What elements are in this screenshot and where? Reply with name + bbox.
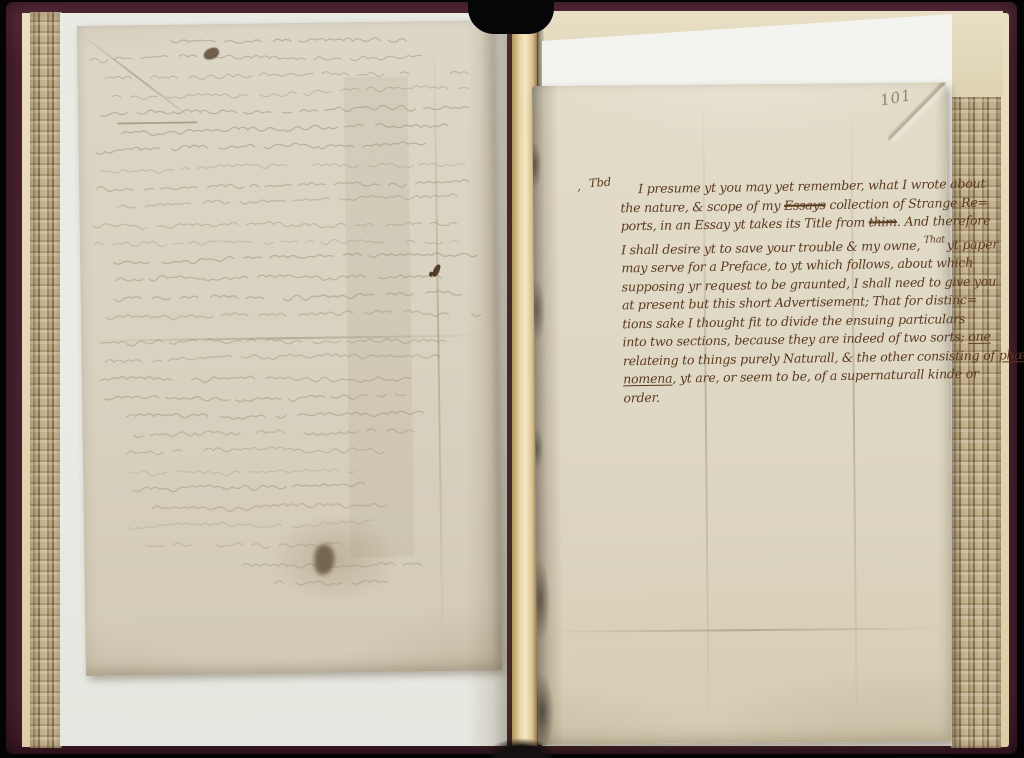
manuscript-segment: , yt are, or seem to be, of a supernatur… (672, 366, 979, 386)
bleedthrough-line (105, 392, 405, 404)
manuscript-segment: I shall desire yt to save your trouble &… (621, 237, 924, 257)
manuscript-segment: I presume yt you may yet remember, what … (638, 176, 985, 196)
bleedthrough-line (96, 141, 436, 154)
manuscript-segment: nomena (623, 371, 672, 387)
spine-notch-top (468, 0, 554, 34)
manuscript-segment: yt paper (947, 236, 999, 252)
manuscript-segment: Essays (784, 197, 826, 213)
fold-crease (543, 627, 943, 632)
bleedthrough-line (100, 104, 468, 116)
spine-notch-bottom (490, 738, 552, 758)
manuscript-segment: may serve for a Preface, to yt which fol… (621, 255, 973, 276)
bleedthrough-line (97, 179, 470, 191)
manuscript-leaf-right: 101 Tbd I presume yt you may yet remembe… (532, 82, 952, 745)
margin-note: Tbd (588, 175, 611, 191)
bleedthrough-line (113, 251, 477, 264)
bleedthrough-line (114, 291, 461, 303)
bleedthrough-line (105, 352, 439, 363)
page-fore-edge-left (30, 12, 62, 748)
manuscript-text: I presume yt you may yet remember, what … (620, 175, 954, 407)
manuscript-leaf-left (77, 20, 502, 676)
bleedthrough-line (105, 70, 469, 81)
tattered-edge (532, 86, 564, 745)
bleedthrough-line (106, 309, 481, 321)
manuscript-segment: thim (869, 214, 897, 229)
bleedthrough-line (127, 445, 384, 457)
bleedthrough-line (171, 37, 418, 45)
bleedthrough-line (153, 502, 387, 512)
manuscript-segment: That (924, 234, 945, 245)
bleedthrough-line (100, 373, 410, 386)
manuscript-segment: ports, in an Essay yt takes its Title fr… (621, 214, 869, 233)
manuscript-segment: collection of Strange Re= (826, 194, 988, 212)
bleedthrough-line (127, 410, 424, 421)
manuscript-segment: order. (623, 389, 659, 405)
manuscript-photo: 101 Tbd I presume yt you may yet remembe… (0, 0, 1024, 758)
manuscript-segment: one (968, 329, 991, 344)
manuscript-segment: at present but this short Advertisement;… (622, 292, 977, 313)
bleedthrough-line (130, 467, 378, 477)
bleedthrough-line (94, 237, 464, 249)
bleedthrough-line (133, 482, 365, 492)
gutter-shadow (468, 13, 512, 746)
bleedthrough-line (122, 122, 458, 136)
bleedthrough-line (90, 51, 433, 64)
bleedthrough-line (134, 428, 415, 437)
manuscript-segment: . And therefore (897, 213, 991, 229)
bleedthrough-line (117, 194, 457, 208)
bleedthrough-line (118, 122, 196, 123)
bleedthrough-line (116, 272, 441, 284)
bleedthrough-line (93, 219, 457, 231)
manuscript-segment: phæ (999, 347, 1024, 362)
bleedthrough-line (101, 161, 472, 174)
manuscript-segment: into two sections, because they are inde… (622, 329, 968, 349)
cover-turn-in-right (1000, 13, 1009, 747)
manuscript-segment: the nature, & scope of my (620, 197, 784, 215)
